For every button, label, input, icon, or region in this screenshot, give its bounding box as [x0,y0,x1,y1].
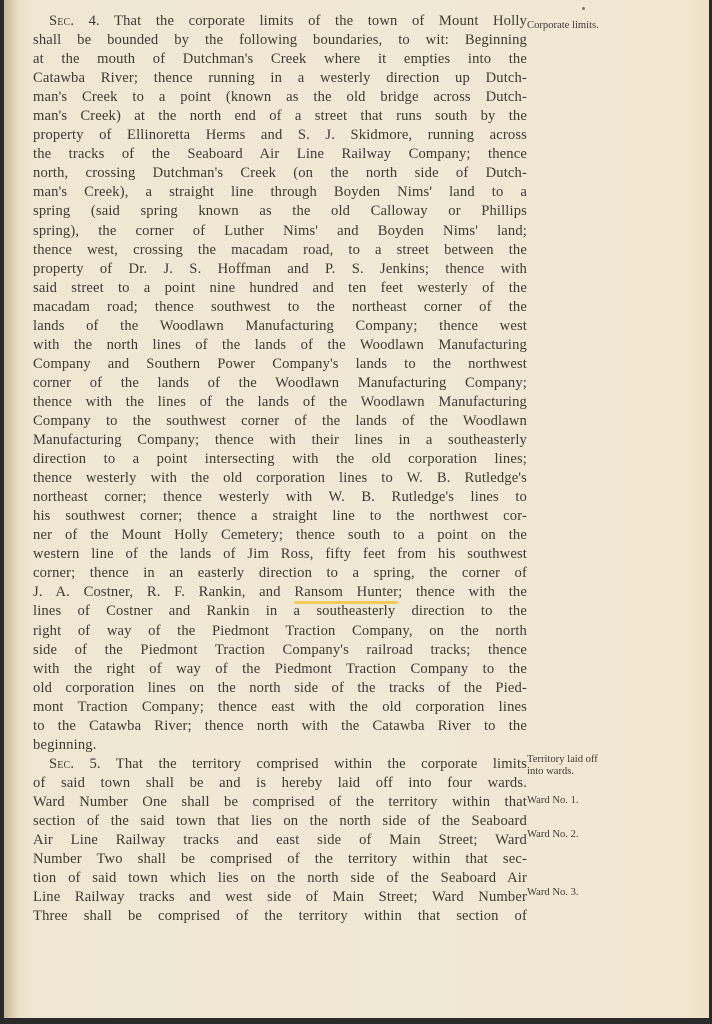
text-line: of said town shall be and is hereby laid… [33,774,527,793]
text-line: said street to a point nine hundred and … [33,279,527,298]
margin-note-ward-3: Ward No. 3. [527,887,579,899]
text-line: property of Dr. J. S. Hoffman and P. S. … [33,260,527,279]
text-line: lands of the Woodlawn Manufacturing Comp… [33,317,527,336]
margin-note-into-wards: into wards. [527,766,574,778]
text-line: western line of the lands of Jim Ross, f… [33,545,527,564]
text-line: Sec. 5. That the territory comprised wit… [33,755,527,774]
text-line: his southwest corner; thence a straight … [33,507,527,526]
text-line: with the right of way of the Piedmont Tr… [33,660,527,679]
text-line: old corporation lines on the north side … [33,679,527,698]
text-line: Number Two shall be comprised of the ter… [33,850,527,869]
text-line: shall be bounded by the following bounda… [33,31,527,50]
text-line: ner of the Mount Holly Cemetery; thence … [33,526,527,545]
text-line: man's Creek) at the north end of a stree… [33,107,527,126]
text-line: Company to the southwest corner of the l… [33,412,527,431]
text-line: thence westerly with the old corporation… [33,469,527,488]
section-body: Sec. 4. That the corporate limits of the… [33,12,527,926]
margin-note-ward-2: Ward No. 2. [527,829,579,841]
text-line: Three shall be comprised of the territor… [33,907,527,926]
text-line: direction to a point intersecting with t… [33,450,527,469]
margin-note-territory: Territory laid off [527,754,598,766]
margin-note-ward-1: Ward No. 1. [527,795,579,807]
text-line: tion of said town which lies on the nort… [33,869,527,888]
text-line: Sec. 4. That the corporate limits of the… [33,12,527,31]
text-line: thence with the lines of the lands of th… [33,393,527,412]
text-line: north, crossing Dutchman's Creek (on the… [33,164,527,183]
text-line: lines of Costner and Rankin in a southea… [33,602,527,621]
text-line: Manufacturing Company; thence with their… [33,431,527,450]
text-line: at the mouth of Dutchman's Creek where i… [33,50,527,69]
text-line: section of the said town that lies on th… [33,812,527,831]
section-4-label: Sec. 4. [49,13,100,29]
text-line: side of the Piedmont Traction Company's … [33,641,527,660]
text-line: the tracks of the Seaboard Air Line Rail… [33,145,527,164]
text-line: corner; thence in an easterly direction … [33,564,527,583]
text-line: to the Catawba River; thence north with … [33,717,527,736]
text-line: northeast corner; thence westerly with W… [33,488,527,507]
highlighted-text[interactable]: Ransom Hunter [294,584,398,600]
text-line: Line Railway tracks and west side of Mai… [33,888,527,907]
page-spine-shadow [4,0,18,1018]
text-line: macadam road; thence southwest to the no… [33,298,527,317]
margin-note-corporate-limits: Corporate limits. [527,20,599,32]
text-line: mont Traction Company; thence east with … [33,698,527,717]
text-line: beginning. [33,736,527,755]
text-line: with the north lines of the lands of the… [33,336,527,355]
text-line: Ward Number One shall be comprised of th… [33,793,527,812]
text-line: right of way of the Piedmont Traction Co… [33,622,527,641]
text-line: spring (said spring known as the old Cal… [33,202,527,221]
document-page: Sec. 4. That the corporate limits of the… [4,0,709,1018]
paper-speck [582,7,585,10]
text-line: spring), the corner of Luther Nims' and … [33,222,527,241]
text-line: corner of the lands of the Woodlawn Manu… [33,374,527,393]
section-5-label: Sec. 5. [49,756,101,772]
text-line: Air Line Railway tracks and east side of… [33,831,527,850]
text-line: Catawba River; thence running in a weste… [33,69,527,88]
text-line: man's Creek to a point (known as the old… [33,88,527,107]
text-line: J. A. Costner, R. F. Rankin, and Ransom … [33,583,527,602]
text-line: thence west, crossing the macadam road, … [33,241,527,260]
text-line: Company and Southern Power Company's lan… [33,355,527,374]
text-line: property of Ellinoretta Herms and S. J. … [33,126,527,145]
text-line: man's Creek), a straight line through Bo… [33,183,527,202]
